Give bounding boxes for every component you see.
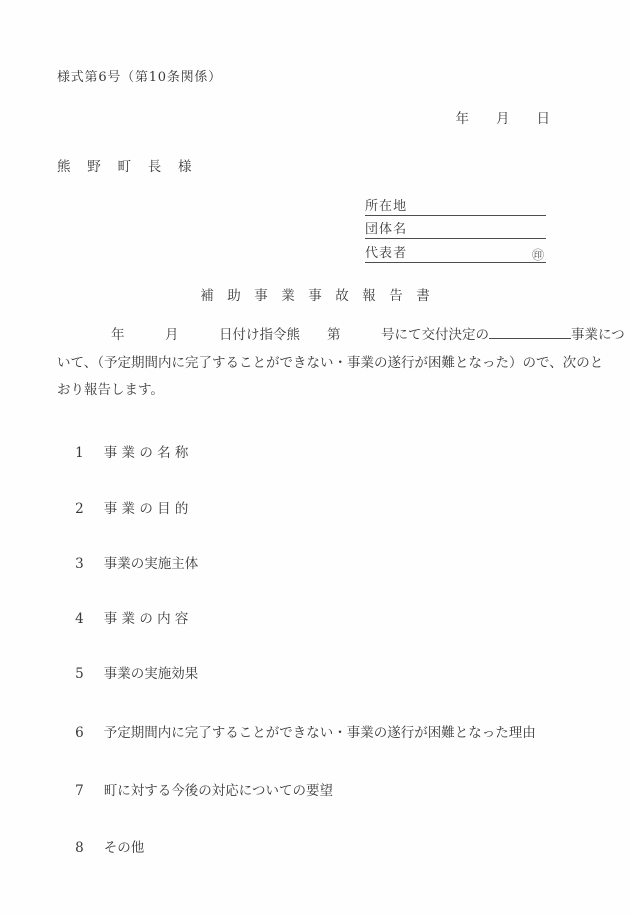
- list-item-5: 5事業の実施効果: [58, 646, 198, 698]
- item-3-label: 事業の実施主体: [104, 556, 199, 572]
- body-line-1-suffix: 事業につ: [571, 327, 625, 343]
- item-3-number: 3: [75, 556, 84, 572]
- item-8-number: 8: [75, 840, 84, 856]
- location-label: 所在地: [365, 195, 407, 214]
- list-item-1: 1事 業 の 名 称: [58, 425, 188, 477]
- date-line: 年 月 日: [456, 107, 551, 127]
- list-item-2: 2事 業 の 目 的: [58, 481, 188, 533]
- signature-row-location: 所在地: [365, 192, 546, 216]
- signature-row-organization: 団体名: [365, 216, 546, 240]
- item-4-number: 4: [75, 611, 84, 627]
- signature-block: 所在地 団体名 代表者 ㊞: [365, 192, 546, 263]
- body-line-1: 年 月 日付け指令熊 第 号にて交付決定の事業につ: [57, 322, 602, 350]
- item-6-label: 予定期間内に完了することができない・事業の遂行が困難となった理由: [104, 725, 536, 741]
- document-title: 補 助 事 業 事 故 報 告 書: [0, 284, 630, 304]
- blank-underline: [489, 325, 571, 340]
- body-paragraph: 年 月 日付け指令熊 第 号にて交付決定の事業につ いて、（予定期間内に完了する…: [57, 322, 602, 405]
- signature-row-representative: 代表者 ㊞: [365, 239, 546, 263]
- item-1-number: 1: [75, 445, 84, 461]
- representative-label: 代表者: [365, 242, 407, 261]
- list-item-8: 8その他: [58, 820, 144, 872]
- document-page: 様式第6号（第10条関係） 年 月 日 熊 野 町 長 様 所在地 団体名 代表…: [0, 0, 630, 915]
- seal-icon: ㊞: [532, 249, 546, 261]
- item-6-number: 6: [75, 725, 84, 741]
- body-line-1-prefix: 年 月 日付け指令熊 第 号にて交付決定の: [57, 327, 489, 343]
- form-number: 様式第6号（第10条関係）: [57, 66, 222, 85]
- body-line-2: いて、（予定期間内に完了することができない・事業の遂行が困難となった）ので、次の…: [57, 350, 602, 378]
- list-item-3: 3事業の実施主体: [58, 536, 198, 588]
- item-7-label: 町に対する今後の対応についての要望: [104, 783, 333, 799]
- item-5-label: 事業の実施効果: [104, 666, 199, 682]
- list-item-6: 6予定期間内に完了することができない・事業の遂行が困難となった理由: [58, 705, 536, 757]
- item-2-number: 2: [75, 501, 84, 517]
- item-5-number: 5: [75, 666, 84, 682]
- organization-label: 団体名: [365, 218, 407, 237]
- body-line-3: おり報告します。: [57, 377, 602, 405]
- item-2-label: 事 業 の 目 的: [104, 501, 189, 517]
- list-item-4: 4事 業 の 内 容: [58, 591, 188, 643]
- item-4-label: 事 業 の 内 容: [104, 611, 189, 627]
- item-8-label: その他: [104, 840, 145, 856]
- list-item-7: 7町に対する今後の対応についての要望: [58, 763, 333, 815]
- item-1-label: 事 業 の 名 称: [104, 445, 189, 461]
- addressee: 熊 野 町 長 様: [57, 155, 193, 175]
- item-7-number: 7: [75, 783, 84, 799]
